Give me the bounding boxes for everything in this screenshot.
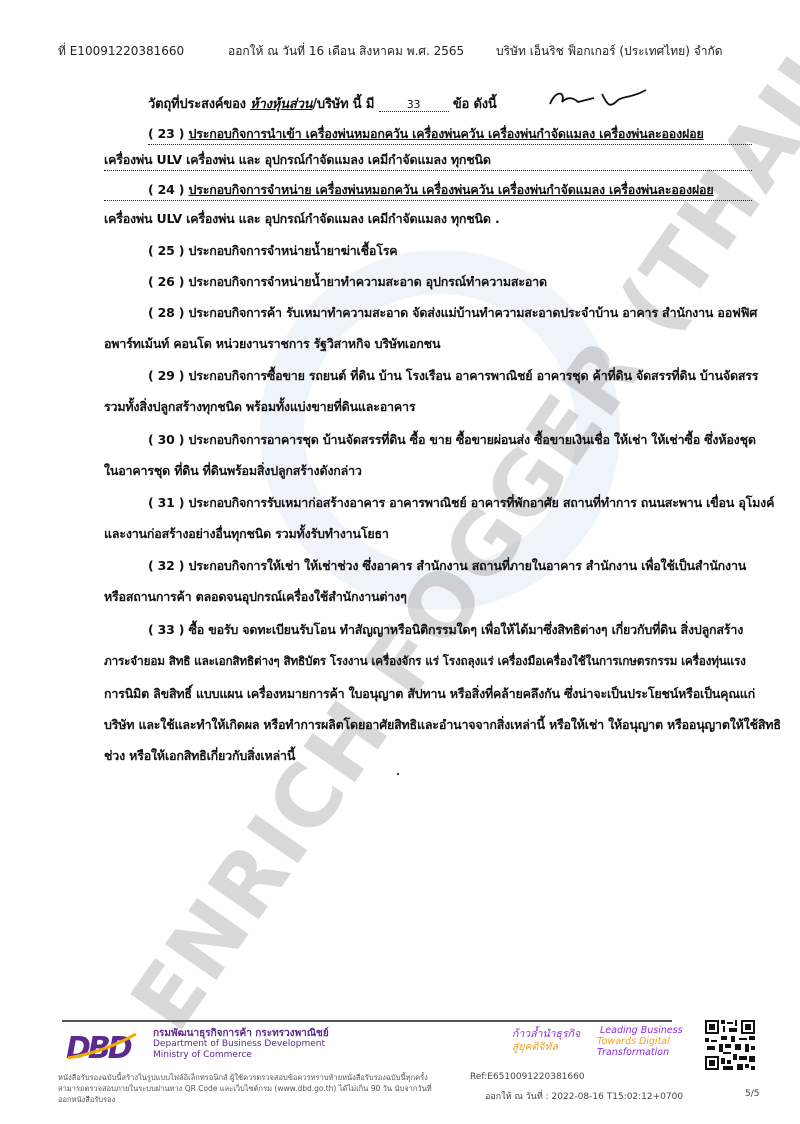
objective-24-line2: เครื่องพ่น ULV เครื่องพ่น และ อุปกรณ์กำจ… <box>104 209 500 229</box>
objective-32-line2: หรือสถานการค้า ตลอดจนอุปกรณ์เครื่องใช้สำ… <box>104 587 407 607</box>
objective-23-line2: เครื่องพ่น ULV เครื่องพ่น และ อุปกรณ์กำจ… <box>104 150 752 171</box>
dbd-logo-icon: DBD <box>64 1028 144 1062</box>
page-number: 5/5 <box>745 1089 759 1099</box>
stray-dot <box>397 773 399 775</box>
struck-partnership: ห้างหุ้นส่วน <box>250 97 312 112</box>
objective-31-line2: และงานก่อสร้างอย่างอื่นทุกชนิด รวมทั้งรั… <box>104 524 389 544</box>
objective-29-line1: ( 29 ) ประกอบกิจการซื้อขาย รถยนต์ ที่ดิน… <box>148 366 758 386</box>
objective-31-line1: ( 31 ) ประกอบกิจการรับเหมาก่อสร้างอาคาร … <box>148 493 774 513</box>
objective-30-line1: ( 30 ) ประกอบกิจการอาคารชุด บ้านจัดสรรที… <box>148 430 756 450</box>
objective-29-line2: รวมทั้งสิ่งปลูกสร้างทุกชนิด พร้อมทั้งแบ่… <box>104 397 415 417</box>
dbd-thai-name: กรมพัฒนาธุรกิจการค้า กระทรวงพาณิชย์ <box>153 1028 329 1039</box>
objective-33-line3: การนิมิต ลิขสิทธิ์ แบบแผน เครื่องหมายการ… <box>104 684 755 704</box>
dbd-english-name: Department of Business Development <box>153 1039 329 1050</box>
objective-26: ( 26 ) ประกอบกิจการจำหน่ายน้ำยาทำความสะอ… <box>148 272 547 292</box>
signature-icon <box>548 84 648 114</box>
objective-30-line2: ในอาคารชุด ที่ดิน ที่ดินพร้อมสิ่งปลูกสร้… <box>104 461 362 481</box>
qr-code-icon[interactable] <box>705 1020 755 1070</box>
ministry-name: Ministry of Commerce <box>153 1050 329 1061</box>
intro-prefix: วัตถุที่ประสงค์ของ <box>148 97 246 112</box>
objective-28-line1: ( 28 ) ประกอบกิจการค้า รับเหมาทำความสะอา… <box>148 303 757 323</box>
objectives-count: 33 <box>379 98 449 112</box>
document-number: ที่ E10091220381660 <box>58 42 184 61</box>
objective-33-line2: ภาระจำยอม สิทธิ และเอกสิทธิต่างๆ สิทธิบั… <box>104 652 746 671</box>
objectives-intro: วัตถุที่ประสงค์ของ ห้างหุ้นส่วน/บริษัท น… <box>148 93 497 114</box>
objective-33-line5: ช่วง หรือให้เอกสิทธิเกี่ยวกับสิ่งเหล่านี… <box>104 746 295 766</box>
intro-suffix: ข้อ ดังนี้ <box>453 97 497 112</box>
objective-28-line2: อพาร์ทเม้นท์ คอนโด หน่วยงานราชการ รัฐวิส… <box>104 334 440 354</box>
dbd-department-text: กรมพัฒนาธุรกิจการค้า กระทรวงพาณิชย์ Depa… <box>153 1028 329 1061</box>
objective-33-line1: ( 33 ) ซื้อ ขอรับ จดทะเบียนรับโอน ทำสัญญ… <box>148 620 743 640</box>
objective-32-line1: ( 32 ) ประกอบกิจการให้เช่า ให้เช่าช่วง ซ… <box>148 556 746 576</box>
reference-number: Ref:E6510091220381660 <box>470 1072 585 1082</box>
slogan-english: Leading Business Towards Digital Transfo… <box>597 1025 683 1058</box>
objective-24-line1: ( 24 ) ประกอบกิจการจำหน่าย เครื่องพ่นหมอ… <box>104 180 752 201</box>
slogan-thai: ก้าวล้ำนำธุรกิจ สู่ยุคดิจิทัล <box>512 1028 580 1054</box>
objective-33-line4: บริษัท และใช้และทำให้เกิดผล หรือทำการผลิ… <box>104 715 781 735</box>
intro-after: /บริษัท นี้ มี <box>312 97 374 112</box>
footer-divider <box>62 1020 672 1022</box>
issued-timestamp: ออกให้ ณ วันที่ : 2022-08-16 T15:02:12+0… <box>485 1089 683 1103</box>
issue-date: ออกให้ ณ วันที่ 16 เดือน สิงหาคม พ.ศ. 25… <box>228 42 464 61</box>
objective-25: ( 25 ) ประกอบกิจการจำหน่ายน้ำยาฆ่าเชื้อโ… <box>148 241 397 261</box>
certificate-note: หนังสือรับรองฉบับนี้สร้างในรูปแบบไฟล์อิเ… <box>58 1072 438 1105</box>
company-name: บริษัท เอ็นริช ฟ็อกเกอร์ (ประเทศไทย) จำก… <box>496 42 723 61</box>
objective-23-line1: ( 23 ) ประกอบกิจการนำเข้า เครื่องพ่นหมอก… <box>148 124 752 145</box>
